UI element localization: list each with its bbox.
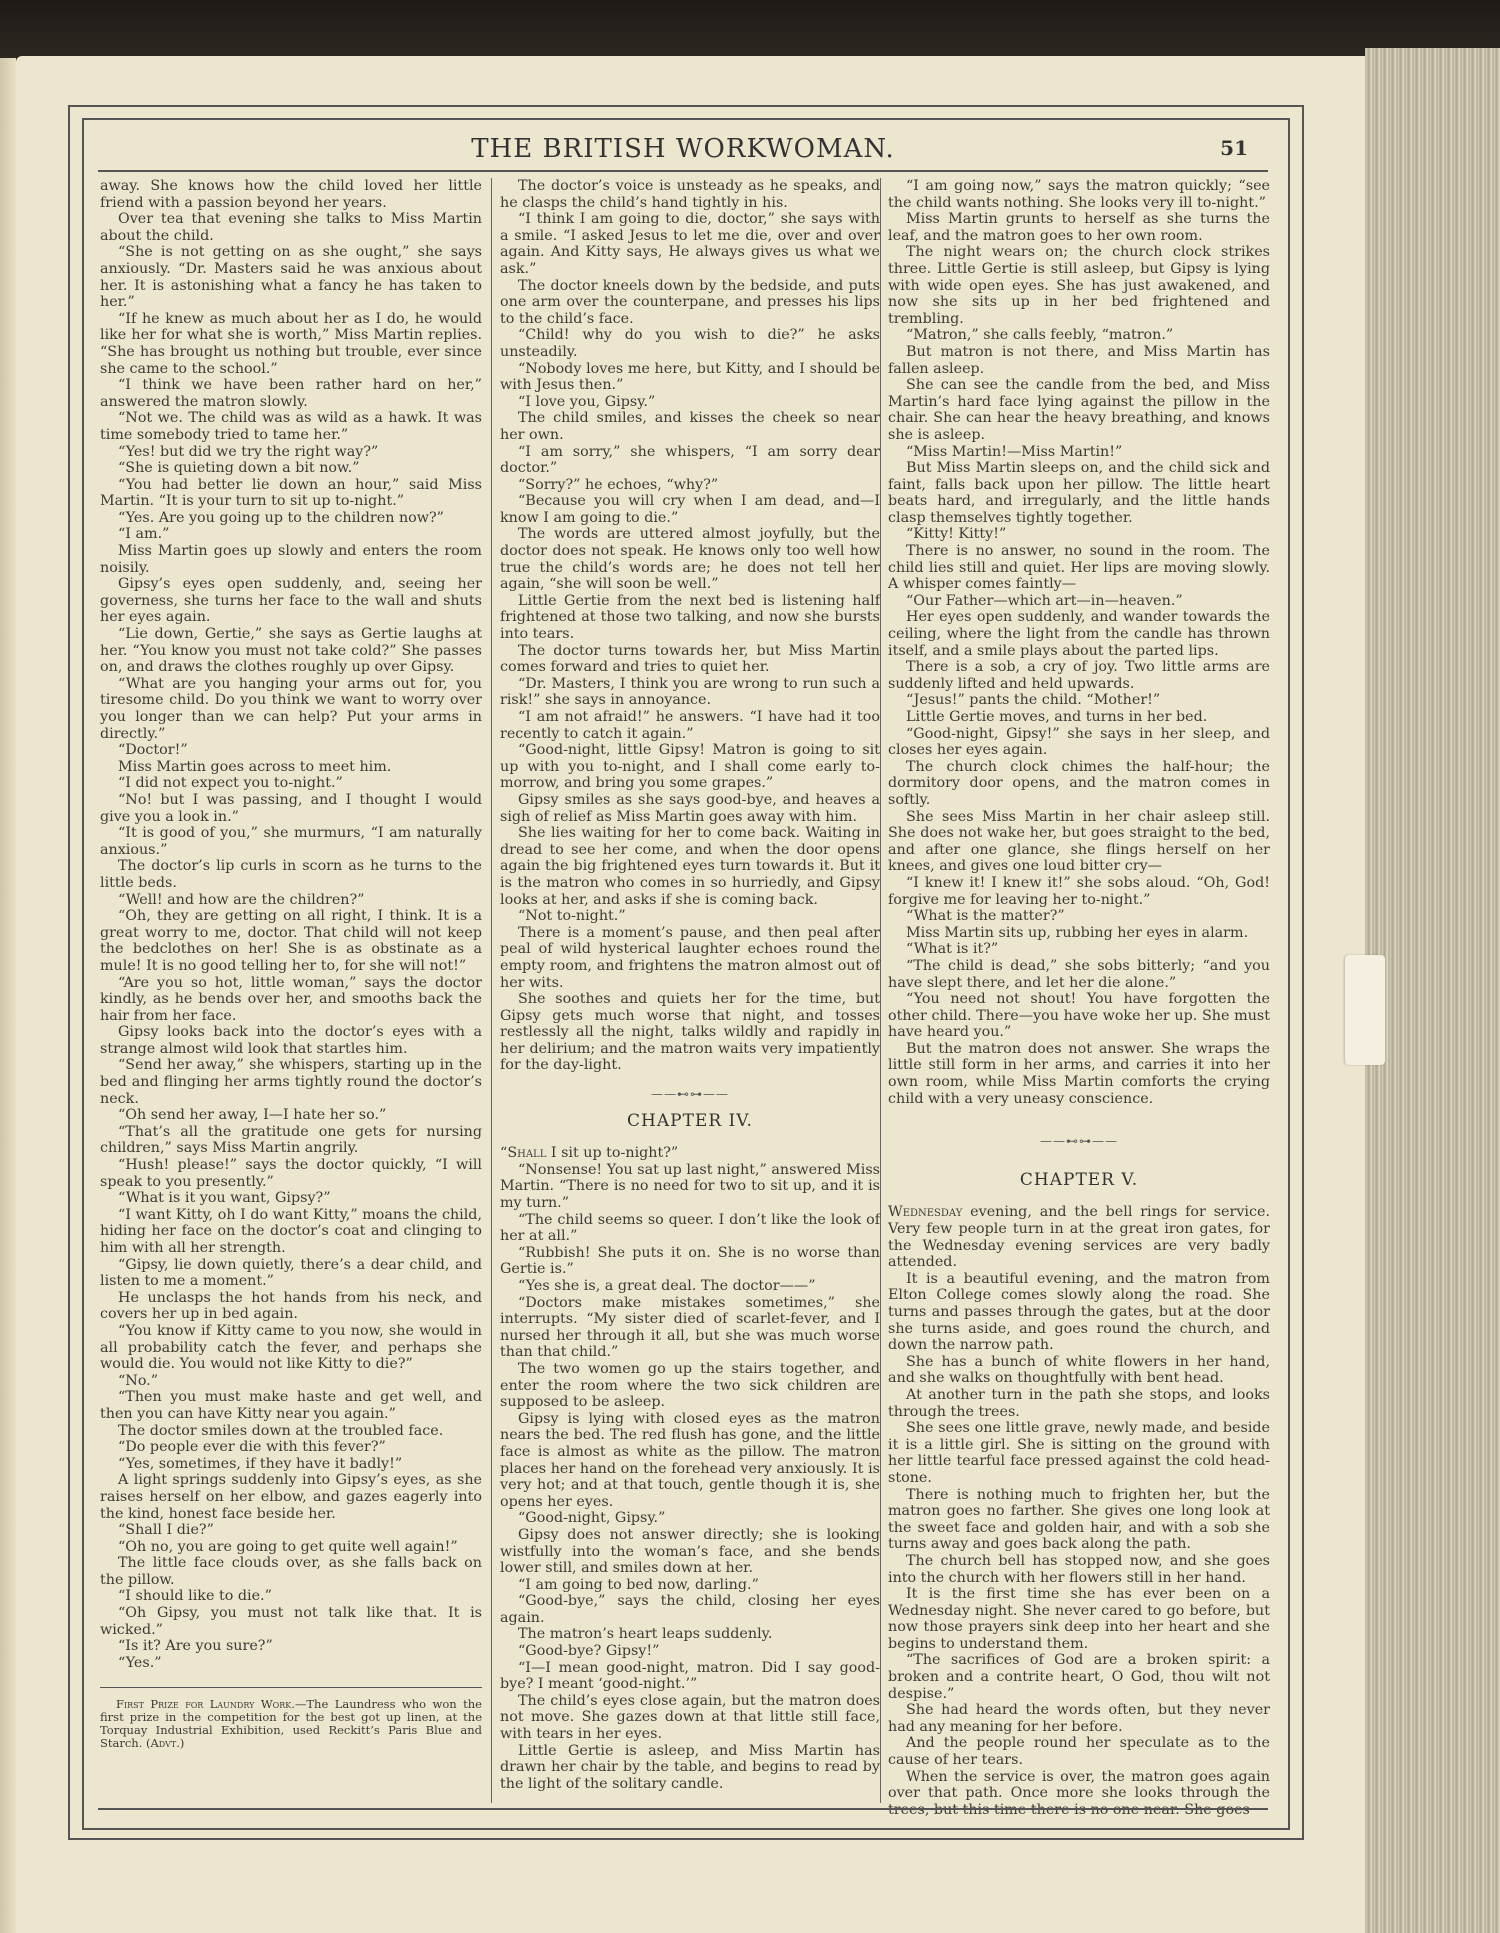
paragraph: “Nonsense! You sat up last night,” answe… (500, 1162, 880, 1212)
paragraph: “Yes. Are you going up to the children n… (100, 510, 482, 527)
paragraph: Over tea that evening she talks to Miss … (100, 211, 482, 244)
paragraph: “Good-bye,” says the child, closing her … (500, 1593, 880, 1626)
paragraph: It is the first time she has ever been o… (888, 1586, 1270, 1652)
paragraph: She sees one little grave, newly made, a… (888, 1420, 1270, 1486)
paragraph: The words are uttered almost joyfully, b… (500, 526, 880, 592)
paragraph: Little Gertie is asleep, and Miss Martin… (500, 1743, 880, 1793)
paragraph: “What is it you want, Gipsy?” (100, 1190, 482, 1207)
publication-title: THE BRITISH WORKWOMAN. (98, 134, 1268, 164)
paragraph: “Yes! but did we try the right way?” (100, 444, 482, 461)
paragraph: “No.” (100, 1373, 482, 1390)
paragraph: “I am sorry,” she whispers, “I am sorry … (500, 444, 880, 477)
section-ornament: ——⊷⊶—— (500, 1086, 880, 1103)
paragraph: Little Gertie moves, and turns in her be… (888, 709, 1270, 726)
paragraph: The little face clouds over, as she fall… (100, 1555, 482, 1588)
paragraph: “Not to-night.” (500, 908, 880, 925)
paragraph: There is a sob, a cry of joy. Two little… (888, 659, 1270, 692)
paragraph: “I love you, Gipsy.” (500, 394, 880, 411)
bottom-rule (98, 1808, 1268, 1810)
paragraph: Gipsy smiles as she says good-bye, and h… (500, 792, 880, 825)
paragraph: “Yes she is, a great deal. The doctor——” (500, 1278, 880, 1295)
paragraph: “Jesus!” pants the child. “Mother!” (888, 692, 1270, 709)
paragraph: “Doctor!” (100, 742, 482, 759)
paragraph: The matron’s heart leaps suddenly. (500, 1626, 880, 1643)
paragraph: And the people round her speculate as to… (888, 1735, 1270, 1768)
chapter-heading: CHAPTER IV. (500, 1113, 880, 1130)
paragraph: “Oh, they are getting on all right, I th… (100, 908, 482, 974)
paragraph: “That’s all the gratitude one gets for n… (100, 1124, 482, 1157)
paragraph: “I did not expect you to-night.” (100, 775, 482, 792)
paragraph: Gipsy looks back into the doctor’s eyes … (100, 1024, 482, 1057)
chapter-heading: CHAPTER V. (888, 1172, 1270, 1189)
advertisement: First Prize for Laundry Work.—The Laundr… (100, 1698, 482, 1750)
paragraph: Miss Martin grunts to herself as she tur… (888, 211, 1270, 244)
paragraph: The doctor’s voice is unsteady as he spe… (500, 178, 880, 211)
paragraph: “The child seems so queer. I don’t like … (500, 1212, 880, 1245)
right-column-paragraphs: “I am going now,” says the matron quickl… (888, 178, 1270, 1107)
paragraph: Miss Martin goes across to meet him. (100, 759, 482, 776)
paragraph: “No! but I was passing, and I thought I … (100, 792, 482, 825)
paragraph: A light springs suddenly into Gipsy’s ey… (100, 1472, 482, 1522)
paragraph: “You had better lie down an hour,” said … (100, 477, 482, 510)
paragraph: “She is quieting down a bit now.” (100, 460, 482, 477)
paragraph: The doctor turns towards her, but Miss M… (500, 643, 880, 676)
paragraph: “Good-night, little Gipsy! Matron is goi… (500, 742, 880, 792)
paragraph: “I am not afraid!” he answers. “I have h… (500, 709, 880, 742)
advert-tag: (Advt.) (146, 1736, 184, 1750)
paragraph: She can see the candle from the bed, and… (888, 377, 1270, 443)
header-rule (98, 170, 1268, 172)
column-divider-left (491, 178, 492, 1803)
paragraph: “You need not shout! You have forgotten … (888, 991, 1270, 1041)
paragraph: Gipsy is lying with closed eyes as the m… (500, 1411, 880, 1511)
chapter-opening-paragraph: Wednesday evening, and the bell rings fo… (888, 1204, 1270, 1270)
paragraph: There is no answer, no sound in the room… (888, 543, 1270, 593)
book-cover-shadow (0, 0, 1500, 62)
paragraph: But the matron does not answer. She wrap… (888, 1041, 1270, 1107)
paragraph: “Gipsy, lie down quietly, there’s a dear… (100, 1257, 482, 1290)
paragraph: “I should like to die.” (100, 1588, 482, 1605)
paragraph: “Do people ever die with this fever?” (100, 1439, 482, 1456)
paragraph: “It is good of you,” she murmurs, “I am … (100, 825, 482, 858)
paragraph: “Kitty! Kitty!” (888, 526, 1270, 543)
paragraph: “Yes.” (100, 1655, 482, 1672)
paragraph: The doctor kneels down by the bedside, a… (500, 278, 880, 328)
paragraph: She lies waiting for her to come back. W… (500, 825, 880, 908)
middle-column-paragraphs: The doctor’s voice is unsteady as he spe… (500, 178, 880, 1074)
chapter-opening-paragraph: “Shall I sit up to-night?” (500, 1145, 880, 1162)
paragraph: “Miss Martin!—Miss Martin!” (888, 444, 1270, 461)
paragraph: But Miss Martin sleeps on, and the child… (888, 460, 1270, 526)
bookmark-tab (1345, 955, 1385, 1065)
paragraph: At another turn in the path she stops, a… (888, 1387, 1270, 1420)
paragraph: “Hush! please!” says the doctor quickly,… (100, 1157, 482, 1190)
paragraph: He unclasps the hot hands from his neck,… (100, 1290, 482, 1323)
paragraph: “Shall I die?” (100, 1522, 482, 1539)
paragraph: Miss Martin sits up, rubbing her eyes in… (888, 925, 1270, 942)
paragraph: Little Gertie from the next bed is liste… (500, 593, 880, 643)
paragraph: away. She knows how the child loved her … (100, 178, 482, 211)
paragraph: The child smiles, and kisses the cheek s… (500, 410, 880, 443)
paragraph: Miss Martin goes up slowly and enters th… (100, 543, 482, 576)
paragraph: “I want Kitty, oh I do want Kitty,” moan… (100, 1207, 482, 1257)
paragraph: “What are you hanging your arms out for,… (100, 676, 482, 742)
chapter-iv-paragraphs: “Shall I sit up to-night?”“Nonsense! You… (500, 1145, 880, 1792)
paragraph: “Is it? Are you sure?” (100, 1638, 482, 1655)
advert-heading: First Prize for Laundry Work. (116, 1697, 295, 1711)
paragraph: The church clock chimes the half-hour; t… (888, 759, 1270, 809)
paragraph: “Yes, sometimes, if they have it badly!” (100, 1456, 482, 1473)
paragraph: She had heard the words often, but they … (888, 1702, 1270, 1735)
paragraph: When the service is over, the matron goe… (888, 1769, 1270, 1819)
column-left: away. She knows how the child loved her … (100, 178, 482, 1750)
paragraph: “Well! and how are the children?” (100, 892, 482, 909)
paragraph: Gipsy’s eyes open suddenly, and, seeing … (100, 576, 482, 626)
paragraph: “Because you will cry when I am dead, an… (500, 493, 880, 526)
paragraph: The two women go up the stairs together,… (500, 1361, 880, 1411)
paragraph: “I think I am going to die, doctor,” she… (500, 211, 880, 277)
paragraph: “What is it?” (888, 941, 1270, 958)
paragraph: The doctor’s lip curls in scorn as he tu… (100, 858, 482, 891)
paragraph: “I think we have been rather hard on her… (100, 377, 482, 410)
paragraph: “The child is dead,” she sobs bitterly; … (888, 958, 1270, 991)
paragraph: “Send her away,” she whispers, starting … (100, 1057, 482, 1107)
paragraph: “You know if Kitty came to you now, she … (100, 1323, 482, 1373)
paragraph: Gipsy does not answer directly; she is l… (500, 1527, 880, 1577)
paragraph: “Our Father—which art—in—heaven.” (888, 593, 1270, 610)
chapter-v-paragraphs: Wednesday evening, and the bell rings fo… (888, 1204, 1270, 1818)
paragraph: She has a bunch of white flowers in her … (888, 1354, 1270, 1387)
column-middle: The doctor’s voice is unsteady as he spe… (500, 178, 880, 1792)
page-number: 51 (1220, 136, 1248, 160)
facing-page-edge (0, 58, 16, 1933)
paragraph: The child’s eyes close again, but the ma… (500, 1693, 880, 1743)
paragraph: There is nothing much to frighten her, b… (888, 1487, 1270, 1553)
running-header: THE BRITISH WORKWOMAN. 51 (98, 130, 1268, 166)
paragraph: “The sacrifices of God are a broken spir… (888, 1652, 1270, 1702)
paragraph: The night wears on; the church clock str… (888, 244, 1270, 327)
paragraph: “Good-bye? Gipsy!” (500, 1643, 880, 1660)
paragraph: “Matron,” she calls feebly, “matron.” (888, 327, 1270, 344)
paragraph: It is a beautiful evening, and the matro… (888, 1271, 1270, 1354)
paragraph: She soothes and quiets her for the time,… (500, 991, 880, 1074)
paragraph: “Rubbish! She puts it on. She is no wors… (500, 1245, 880, 1278)
paragraph: “If he knew as much about her as I do, h… (100, 311, 482, 377)
paragraph: “Doctors make mistakes sometimes,” she i… (500, 1295, 880, 1361)
paragraph: “Nobody loves me here, but Kitty, and I … (500, 361, 880, 394)
paragraph: There is a moment’s pause, and then peal… (500, 925, 880, 991)
paragraph: “Oh no, you are going to get quite well … (100, 1539, 482, 1556)
section-ornament: ——⊷⊶—— (888, 1133, 1270, 1150)
paragraph: “I am going now,” says the matron quickl… (888, 178, 1270, 211)
paragraph: “Dr. Masters, I think you are wrong to r… (500, 676, 880, 709)
paragraph: “I am.” (100, 526, 482, 543)
advert-rule (100, 1687, 482, 1688)
paragraph: “Good-night, Gipsy.” (500, 1510, 880, 1527)
paragraph: She sees Miss Martin in her chair asleep… (888, 809, 1270, 875)
page-stack-edges (1365, 48, 1500, 1933)
paragraph: The church bell has stopped now, and she… (888, 1553, 1270, 1586)
paragraph: “Good-night, Gipsy!” she says in her sle… (888, 726, 1270, 759)
paragraph: “Sorry?” he echoes, “why?” (500, 477, 880, 494)
lead-word: Shall (507, 1145, 546, 1161)
paragraph: “Then you must make haste and get well, … (100, 1389, 482, 1422)
paragraph: “Are you so hot, little woman,” says the… (100, 975, 482, 1025)
paragraph: “I am going to bed now, darling.” (500, 1577, 880, 1594)
left-column-paragraphs: away. She knows how the child loved her … (100, 178, 482, 1671)
lead-word: Wednesday (888, 1204, 962, 1220)
paragraph: Her eyes open suddenly, and wander towar… (888, 609, 1270, 659)
paragraph: “Lie down, Gertie,” she says as Gertie l… (100, 626, 482, 676)
column-divider-right (880, 178, 881, 1803)
paragraph: “Not we. The child was as wild as a hawk… (100, 410, 482, 443)
paragraph: “Child! why do you wish to die?” he asks… (500, 327, 880, 360)
paragraph: “Oh send her away, I—I hate her so.” (100, 1107, 482, 1124)
paragraph: “She is not getting on as she ought,” sh… (100, 244, 482, 310)
paragraph: “What is the matter?” (888, 908, 1270, 925)
paragraph: “I knew it! I knew it!” she sobs aloud. … (888, 875, 1270, 908)
column-right: “I am going now,” says the matron quickl… (888, 178, 1270, 1818)
paragraph: “Oh Gipsy, you must not talk like that. … (100, 1605, 482, 1638)
paragraph: “I—I mean good-night, matron. Did I say … (500, 1660, 880, 1693)
paragraph: But matron is not there, and Miss Martin… (888, 344, 1270, 377)
paragraph: The doctor smiles down at the troubled f… (100, 1423, 482, 1440)
